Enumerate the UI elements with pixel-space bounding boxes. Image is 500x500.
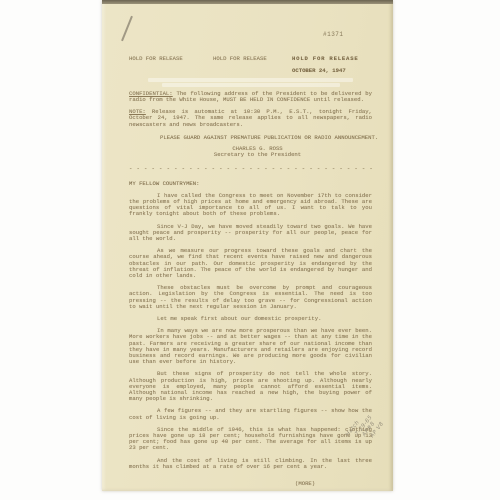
paragraph: But these signs of prosperity do not tel… <box>129 371 372 402</box>
paragraph: As we measure our progress toward these … <box>129 248 372 279</box>
paragraph: Let me speak first about our domestic pr… <box>129 316 372 322</box>
signature-block: CHARLES G. ROSS Secretary to the Preside… <box>129 146 372 158</box>
confidential-paragraph: CONFIDENTIAL: The following address of t… <box>129 91 372 103</box>
note-paragraph: NOTE: Release is automatic at 10:30 P.M.… <box>129 109 372 128</box>
document-content: HOLD FOR RELEASE HOLD FOR RELEASE HOLD F… <box>129 0 372 487</box>
release-notice: HOLD FOR RELEASE <box>213 56 267 62</box>
paragraph: In many ways we are now more prosperous … <box>129 328 372 365</box>
release-date: OCTOBER 24, 1947 <box>292 68 372 74</box>
paragraph: Since the middle of 1946, this is what h… <box>129 427 372 452</box>
paragraph: And the cost of living is still climbing… <box>129 458 372 470</box>
salutation: MY FELLOW COUNTRYMEN: <box>129 181 372 187</box>
signature-title: Secretary to the President <box>143 152 372 158</box>
release-notice: HOLD FOR RELEASE <box>129 56 183 62</box>
scanned-document-page: #1371 HOLD FOR RELEASE HOLD FOR RELEASE … <box>102 0 393 491</box>
release-notice: HOLD FOR RELEASE <box>292 56 359 62</box>
note-text: Release is automatic at 10:30 P.M., E.S.… <box>129 108 372 127</box>
guard-notice: PLEASE GUARD AGAINST PREMATURE PUBLICATI… <box>160 135 372 141</box>
erased-text-ghost <box>129 78 372 87</box>
paragraph: Since V-J Day, we have moved steadily to… <box>129 224 372 243</box>
paragraph: I have called the Congress to meet on No… <box>129 193 372 218</box>
paragraph: A few figures -- and they are startling … <box>129 408 372 420</box>
more-marker: (MORE) <box>295 481 372 487</box>
dashed-separator: - - - - - - - - - - - - - - - - - - - - … <box>129 166 372 172</box>
release-notice-row: HOLD FOR RELEASE HOLD FOR RELEASE HOLD F… <box>129 56 372 63</box>
paragraph: These obstacles must be overcome by prom… <box>129 285 372 310</box>
